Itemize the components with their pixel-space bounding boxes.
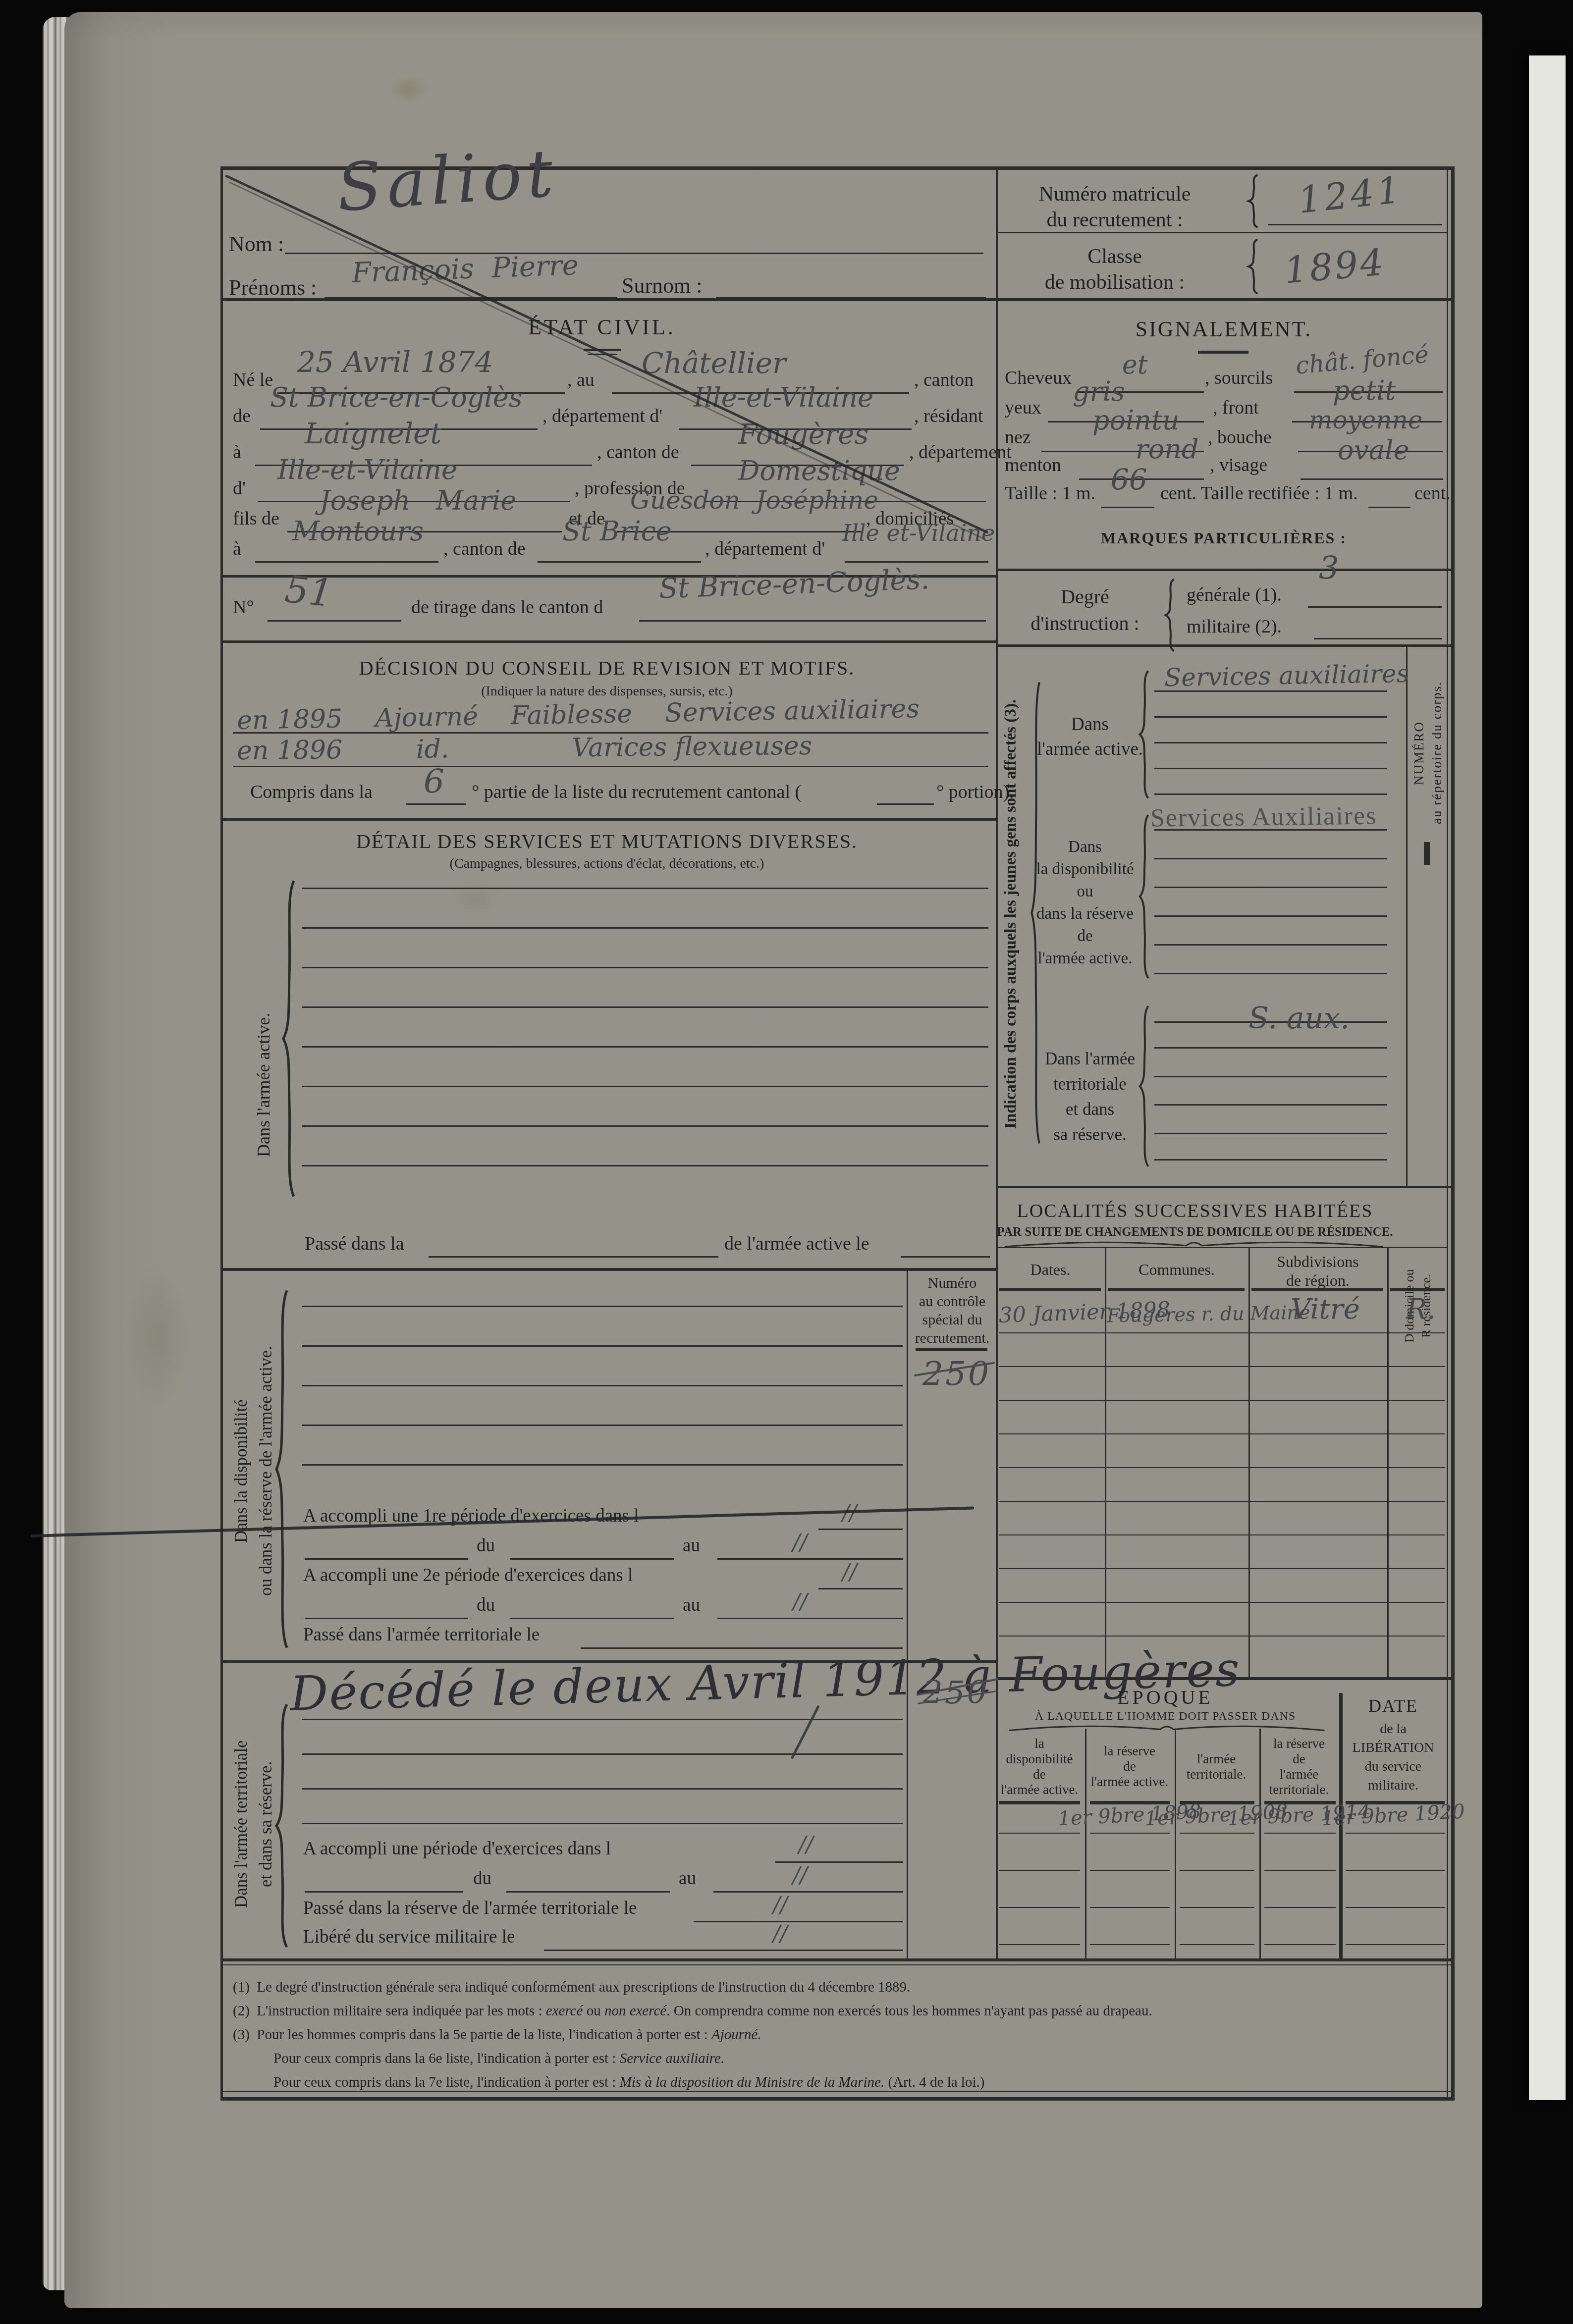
sig-nez-label: nez (1005, 427, 1031, 449)
col-dates-header: Dates. (1031, 1261, 1071, 1279)
nom-value: Saliot (334, 136, 560, 227)
sig-cheveux-label: Cheveux (1005, 368, 1072, 389)
matricule-label: Numéro matricule du recrutement : (1039, 181, 1191, 233)
dispo-du2: du (477, 1595, 495, 1616)
corps-dispo-label: Dans la disponibilité ou dans la réserve… (1036, 836, 1134, 970)
detail-side-label: Dans l'armée active. (254, 961, 274, 1209)
sig-taille-label3: cent. (1414, 483, 1451, 505)
footnote-4: Pour ceux compris dans la 6e liste, l'in… (273, 2051, 724, 2067)
ec-au-value: Châtellier (642, 347, 786, 380)
ec-de: de (233, 406, 251, 427)
corps-dispo-stamp: Services Auxiliaires (1150, 801, 1377, 834)
sig-front-value: petit (1333, 375, 1396, 406)
ec-canton-de2: , canton de (443, 538, 526, 560)
ec-au: , au (567, 370, 595, 391)
marques-label: MARQUES PARTICULIÈRES : (1101, 529, 1347, 547)
localites-row-dr: R. (1406, 1294, 1436, 1325)
ec-de-value: St Brice-en-Coglès (270, 382, 522, 413)
epoque-col1-header: la disponibilité de l'armée active. (1001, 1736, 1078, 1797)
repertoire-label: NUMÉRO au répertoire du corps. (1410, 659, 1446, 847)
tirage-no-value: 51 (283, 567, 335, 615)
date-liberation-sub: de la LIBÉRATION du service militaire. (1353, 1720, 1434, 1795)
ec-pere-value: Joseph Marie (320, 485, 516, 516)
sig-taille-label1: Taille : 1 m. (1005, 483, 1095, 505)
dispo-du1-mark: // (793, 1531, 808, 1556)
sig-nez-value: pointu (1092, 405, 1180, 436)
paper-stain (124, 1263, 193, 1412)
corps-side-label: Indication des corps auxquels les jeunes… (1002, 671, 1021, 1157)
ec-a: à (233, 442, 241, 464)
terr-periode-label: A accompli une période d'exercices dans … (303, 1839, 611, 1860)
sig-sourcils-label: , sourcils (1205, 368, 1273, 389)
ec-d-value: Ille-et-Vilaine (277, 455, 457, 485)
degre-generale-value: 3 (1319, 551, 1339, 587)
localites-title: LOCALITÉS SUCCESSIVES HABITÉES (1017, 1201, 1373, 1222)
paper-stain (386, 74, 431, 104)
decision-title: DÉCISION DU CONSEIL DE REVISION ET MOTIF… (359, 657, 855, 680)
ec-mere-value: Guesdon Joséphine (630, 486, 878, 515)
sig-taille-value: 66 (1111, 463, 1147, 496)
passe-reserve-terr-mark: // (773, 1893, 788, 1918)
epoque-subtitle: À LAQUELLE L'HOMME DOIT PASSER DANS (1035, 1710, 1296, 1724)
degre-militaire-label: militaire (2). (1187, 616, 1282, 638)
passe-active-label1: Passé dans la (305, 1233, 404, 1255)
epoque-col4-header: la réserve de l'armée territoriale. (1269, 1736, 1329, 1797)
paper-stain (446, 882, 505, 916)
terr-du: du (473, 1868, 491, 1890)
controle-numero-label: Numéro au contrôle spécial du recrutemen… (915, 1274, 990, 1347)
footnote-3: (3) Pour les hommes compris dans la 5e p… (233, 2027, 761, 2043)
col-communes-header: Communes. (1139, 1261, 1215, 1279)
sig-menton-label: menton (1005, 455, 1061, 476)
corps-terr-label: Dans l'armée territoriale et dans sa rés… (1045, 1046, 1135, 1147)
dispo-du2-mark: // (793, 1590, 808, 1615)
dispo-periode2-mark: // (842, 1560, 857, 1585)
signalement-title: SIGNALEMENT. (1136, 317, 1312, 342)
ec-dept2: , département (909, 442, 1012, 464)
sig-visage-value: ovale (1338, 435, 1409, 466)
epoque-col2-header: la réserve de l'armée active. (1091, 1743, 1168, 1790)
ec-residant: , résidant (914, 406, 983, 427)
ec-a2-value: Montours (292, 516, 424, 547)
corps-terr-value: S. aux. (1248, 1002, 1350, 1036)
dispo-periode2-label: A accompli une 2e période d'exercices da… (303, 1565, 633, 1586)
passe-active-label2: de l'armée active le (724, 1233, 869, 1255)
terr-side-label: Dans l'armée territoriale et dans sa rés… (229, 1708, 278, 1941)
passe-reserve-terr-label: Passé dans la réserve de l'armée territo… (303, 1898, 637, 1919)
brace-classe (1246, 239, 1259, 294)
classe-value: 1894 (1283, 241, 1387, 292)
decision-subtitle: (Indiquer la nature des dispenses, sursi… (481, 684, 733, 699)
ec-d: d' (233, 478, 246, 500)
sig-menton-value: rond (1136, 434, 1199, 465)
scanned-military-register-page: Nom : Saliot Prénoms : François Pierre S… (0, 0, 1573, 2324)
localites-subtitle: PAR SUITE DE CHANGEMENTS DE DOMICILE OU … (997, 1225, 1393, 1240)
footnote-2: (2) L'instruction militaire sera indiqué… (233, 2003, 1152, 2019)
dispo-au1: au (683, 1535, 700, 1557)
tirage-text: de tirage dans le canton d (411, 597, 603, 619)
ec-canton-de: , canton de (597, 442, 679, 464)
detail-subtitle: (Campagnes, blessures, actions d'éclat, … (450, 856, 764, 872)
ec-fils-de: fils de (233, 508, 279, 530)
sig-front-label: , front (1213, 397, 1259, 419)
ec-canton2-value: St Brice (562, 516, 672, 547)
date-liberation-title: DATE (1368, 1696, 1418, 1716)
compris-value: 6 (424, 763, 444, 800)
dispo-side-label: Dans la disponibilité ou dans la réserve… (229, 1298, 278, 1644)
libere-label: Libéré du service militaire le (303, 1927, 515, 1948)
nom-label: Nom : (229, 232, 284, 257)
sig-yeux-label: yeux (1005, 397, 1041, 419)
ec-dept: , département d' (542, 406, 662, 427)
sig-bouche-label: , bouche (1208, 427, 1272, 449)
passe-territoriale-label: Passé dans l'armée territoriale le (303, 1625, 540, 1646)
dispo-periode1-mark: // (842, 1501, 857, 1526)
decision-line2: en 1896 id. Varices flexueuses (237, 732, 813, 766)
compris-label2: ° partie de la liste du recrutement cant… (472, 782, 801, 803)
ec-dept3: , département d' (705, 538, 825, 560)
ec-ne-le-value: 25 Avril 1874 (297, 346, 493, 379)
ec-ne-le: Né le (233, 370, 273, 391)
sig-cheveux-value: et (1122, 351, 1148, 380)
footnote-1: (1) Le degré d'instruction générale sera… (233, 1979, 910, 1996)
detail-title: DÉTAIL DES SERVICES ET MUTATIONS DIVERSE… (356, 830, 858, 853)
brace-degre (1163, 579, 1175, 652)
compris-label1: Compris dans la (250, 782, 373, 803)
prenoms-label: Prénoms : (229, 275, 317, 301)
sig-taille-label2: cent. Taille rectifiée : 1 m. (1160, 483, 1358, 505)
degre-label: Degré d'instruction : (1031, 583, 1139, 637)
dispo-du1: du (477, 1535, 495, 1557)
ec-a-value: Laignelet (305, 417, 442, 450)
terr-du-mark: // (793, 1863, 808, 1889)
footnote-5: Pour ceux compris dans la 7e liste, l'in… (273, 2074, 984, 2091)
sig-bouche-value: moyenne (1309, 406, 1422, 435)
terr-periode-mark: // (799, 1833, 814, 1858)
localites-row-subdiv: Vitré (1291, 1294, 1360, 1325)
dispo-au2: au (683, 1595, 700, 1616)
brace-matricule (1246, 174, 1259, 228)
controle-numero-value: 250 (922, 1355, 991, 1393)
ec-canton: , canton (914, 370, 974, 391)
corps-active-value: Services auxiliaires (1164, 660, 1410, 692)
col-subdiv-header: Subdivisions de région. (1277, 1252, 1358, 1290)
sig-yeux-value: gris (1073, 376, 1125, 407)
classe-label: Classe de mobilisation : (1045, 244, 1185, 295)
brace-corps-dispo (1138, 813, 1149, 980)
libere-mark: // (773, 1922, 788, 1947)
brace-detail-section (280, 878, 295, 1200)
corps-active-label: Dans l'armée active. (1037, 712, 1143, 762)
surnom-label: Surnom : (622, 273, 703, 299)
epoque-col3-header: l'armée territoriale. (1187, 1751, 1247, 1782)
brace-corps-terr (1138, 1004, 1149, 1168)
epoque-title: ÉPOQUE (1117, 1686, 1213, 1709)
localites-row-commune: Fougères r. du Maine (1107, 1302, 1310, 1327)
degre-generale-label: générale (1). (1187, 584, 1282, 606)
sig-visage-label: , visage (1210, 455, 1267, 476)
terr-au: au (679, 1868, 696, 1890)
adjacent-page-edge (1529, 55, 1566, 2100)
tirage-no-label: N° (233, 597, 254, 619)
ec-a2: à (233, 538, 241, 560)
